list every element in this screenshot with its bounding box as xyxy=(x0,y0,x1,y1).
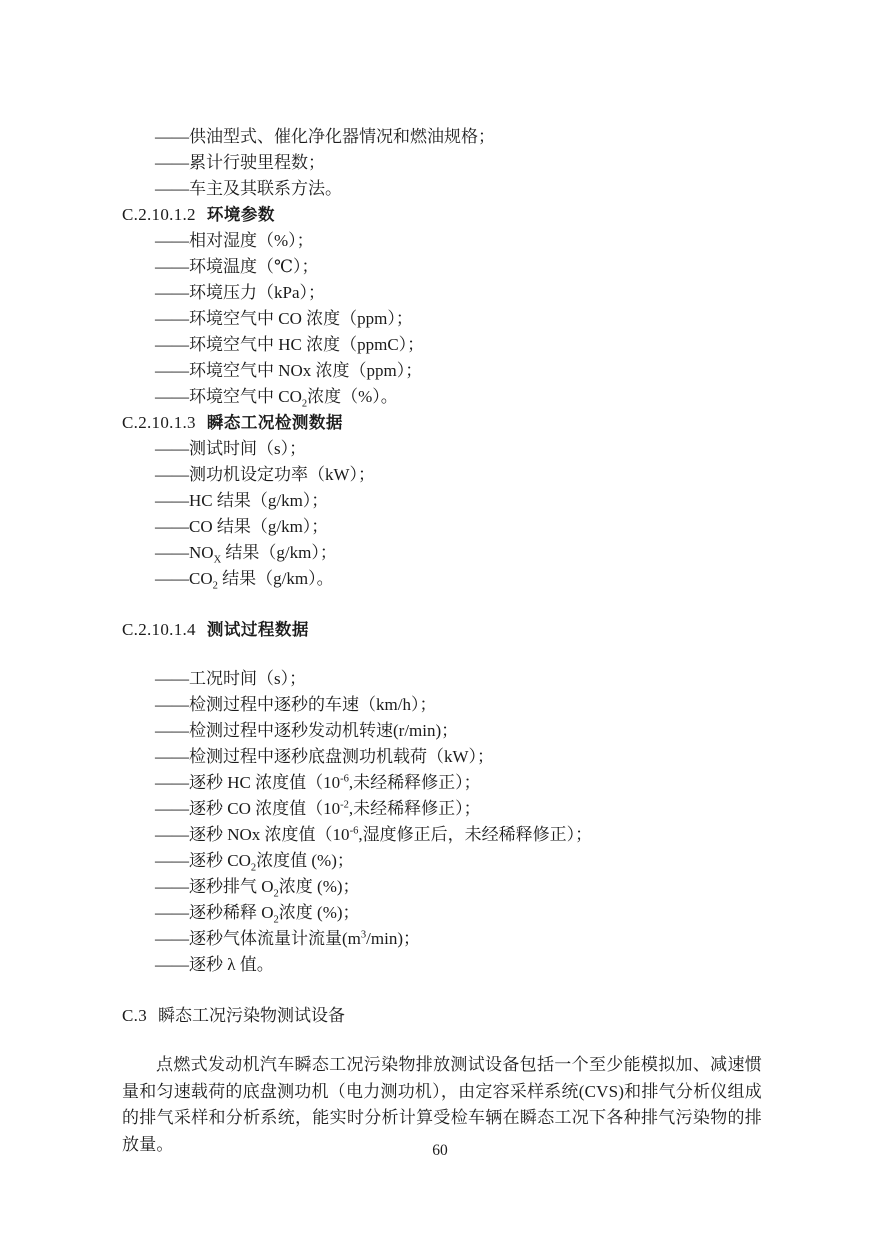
dash-list: ——相对湿度（%）；——环境温度（℃）；——环境压力（kPa）；——环境空气中 … xyxy=(122,228,762,410)
subscript: 2 xyxy=(213,580,218,591)
list-item: ——逐秒 NOx 浓度值（10-6,湿度修正后，未经稀释修正）； xyxy=(122,822,762,848)
list-item: ——工况时间（s）； xyxy=(122,666,762,692)
list-item: ——环境温度（℃）； xyxy=(122,254,762,280)
dash-list: ——工况时间（s）；——检测过程中逐秒的车速（km/h）；——检测过程中逐秒发动… xyxy=(122,666,762,978)
superscript: -2 xyxy=(340,799,349,810)
section-heading: C.2.10.1.3瞬态工况检测数据 xyxy=(122,410,762,436)
subscript: X xyxy=(214,554,222,565)
section-number: C.3 xyxy=(122,1006,147,1025)
list-item: ——检测过程中逐秒发动机转速(r/min)； xyxy=(122,718,762,744)
list-item: ——测功机设定功率（kW）； xyxy=(122,462,762,488)
list-item: ——HC 结果（g/km）； xyxy=(122,488,762,514)
list-item: ——环境空气中 CO2浓度（%）。 xyxy=(122,384,762,410)
list-item: ——测试时间（s）； xyxy=(122,436,762,462)
list-item: ——环境空气中 CO 浓度（ppm）； xyxy=(122,306,762,332)
superscript: 3 xyxy=(361,929,366,940)
list-item: ——逐秒 λ 值。 xyxy=(122,952,762,978)
section-number: C.2.10.1.3 xyxy=(122,413,196,432)
page-number: 60 xyxy=(0,1140,880,1162)
list-item: ——累计行驶里程数； xyxy=(122,150,762,176)
subscript: 2 xyxy=(274,914,279,925)
superscript: -6 xyxy=(340,773,349,784)
section-heading: C.2.10.1.2环境参数 xyxy=(122,202,762,228)
dash-list: ——测试时间（s）；——测功机设定功率（kW）；——HC 结果（g/km）；——… xyxy=(122,436,762,592)
section-heading: C.3瞬态工况污染物测试设备 xyxy=(122,1003,762,1029)
section-title: 测试过程数据 xyxy=(207,621,309,639)
list-item: ——逐秒 CO 浓度值（10-2,未经稀释修正）； xyxy=(122,796,762,822)
section-number: C.2.10.1.4 xyxy=(122,620,196,639)
list-item: ——逐秒气体流量计流量(m3/min)； xyxy=(122,926,762,952)
list-item: ——逐秒 CO2浓度值 (%)； xyxy=(122,848,762,874)
list-item: ——检测过程中逐秒底盘测功机载荷（kW）； xyxy=(122,744,762,770)
document-body: ——供油型式、催化净化器情况和燃油规格；——累计行驶里程数；——车主及其联系方法… xyxy=(122,124,762,1158)
section-title: 环境参数 xyxy=(207,206,275,224)
subscript: 2 xyxy=(302,398,307,409)
list-item: ——车主及其联系方法。 xyxy=(122,176,762,202)
section-title: 瞬态工况检测数据 xyxy=(207,414,343,432)
subscript: 2 xyxy=(274,888,279,899)
section-number: C.2.10.1.2 xyxy=(122,205,196,224)
list-item: ——环境空气中 NOx 浓度（ppm）； xyxy=(122,358,762,384)
list-item: ——相对湿度（%）； xyxy=(122,228,762,254)
list-item: ——逐秒稀释 O2浓度 (%)； xyxy=(122,900,762,926)
list-item: ——CO 结果（g/km）； xyxy=(122,514,762,540)
section-title: 瞬态工况污染物测试设备 xyxy=(158,1006,345,1025)
list-item: ——逐秒排气 O2浓度 (%)； xyxy=(122,874,762,900)
section-heading: C.2.10.1.4测试过程数据 xyxy=(122,617,762,643)
document-page: ——供油型式、催化净化器情况和燃油规格；——累计行驶里程数；——车主及其联系方法… xyxy=(0,0,880,1244)
subscript: 2 xyxy=(251,862,256,873)
list-item: ——逐秒 HC 浓度值（10-6,未经稀释修正）； xyxy=(122,770,762,796)
list-item: ——供油型式、催化净化器情况和燃油规格； xyxy=(122,124,762,150)
list-item: ——CO2 结果（g/km）。 xyxy=(122,566,762,592)
superscript: -6 xyxy=(350,825,359,836)
list-item: ——检测过程中逐秒的车速（km/h）； xyxy=(122,692,762,718)
list-item: ——NOX 结果（g/km）； xyxy=(122,540,762,566)
list-item: ——环境空气中 HC 浓度（ppmC）； xyxy=(122,332,762,358)
dash-list: ——供油型式、催化净化器情况和燃油规格；——累计行驶里程数；——车主及其联系方法… xyxy=(122,124,762,202)
list-item: ——环境压力（kPa）； xyxy=(122,280,762,306)
